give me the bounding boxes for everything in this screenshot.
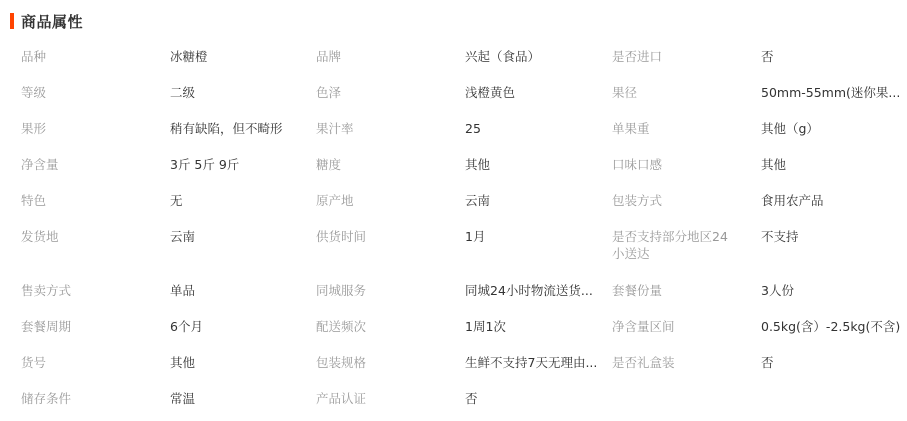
attribute-value: 其他（g）	[761, 110, 907, 146]
attribute-label: 货号	[21, 344, 161, 380]
attribute-label: 套餐份量	[612, 272, 752, 308]
section-title: 商品属性	[21, 11, 83, 32]
attribute-value: 稍有缺陷，但不畸形	[170, 110, 310, 146]
attribute-value: 同城24小时物流送货...	[465, 272, 605, 308]
attribute-label: 品种	[21, 38, 161, 74]
attribute-value: 0.5kg(含）-2.5kg(不含)	[761, 308, 907, 344]
attribute-row: 果形 稍有缺陷，但不畸形 果汁率 25 单果重 其他（g）	[0, 110, 907, 146]
accent-bar	[10, 13, 14, 29]
attribute-value: 25	[465, 110, 605, 146]
attribute-label: 产品认证	[316, 380, 456, 416]
attribute-value: 浅橙黄色	[465, 74, 605, 110]
attribute-value: 常温	[170, 380, 310, 416]
attribute-label: 净含量区间	[612, 308, 752, 344]
attribute-label: 色泽	[316, 74, 456, 110]
attribute-label: 果径	[612, 74, 752, 110]
attribute-label: 是否礼盒装	[612, 344, 752, 380]
attribute-value: 单品	[170, 272, 310, 308]
attribute-label: 套餐周期	[21, 308, 161, 344]
attribute-row: 售卖方式 单品 同城服务 同城24小时物流送货... 套餐份量 3人份	[0, 272, 907, 308]
attribute-value: 否	[761, 344, 907, 380]
attribute-label: 包装方式	[612, 182, 752, 218]
attribute-row: 品种 冰糖橙 品牌 兴起（食品） 是否进口 否	[0, 38, 907, 74]
attribute-value: 其他	[465, 146, 605, 182]
attribute-value: 其他	[170, 344, 310, 380]
attribute-value: 1月	[465, 218, 605, 254]
attribute-label: 配送频次	[316, 308, 456, 344]
attribute-value: 冰糖橙	[170, 38, 310, 74]
attribute-value: 6个月	[170, 308, 310, 344]
attribute-label: 品牌	[316, 38, 456, 74]
attribute-value: 否	[465, 380, 605, 416]
attribute-label: 果形	[21, 110, 161, 146]
attribute-label: 售卖方式	[21, 272, 161, 308]
attribute-value: 50mm-55mm(迷你果...	[761, 74, 907, 110]
attribute-row: 储存条件 常温 产品认证 否	[0, 380, 907, 416]
attribute-label: 特色	[21, 182, 161, 218]
attribute-row: 货号 其他 包装规格 生鲜不支持7天无理由... 是否礼盒装 否	[0, 344, 907, 380]
attribute-value: 否	[761, 38, 907, 74]
attribute-value: 生鲜不支持7天无理由...	[465, 344, 605, 380]
attribute-label: 原产地	[316, 182, 456, 218]
attribute-label: 果汁率	[316, 110, 456, 146]
attribute-row: 等级 二级 色泽 浅橙黄色 果径 50mm-55mm(迷你果...	[0, 74, 907, 110]
section-header: 商品属性	[10, 11, 83, 31]
attribute-label: 是否进口	[612, 38, 752, 74]
attribute-value: 食用农产品	[761, 182, 907, 218]
attribute-value: 1周1次	[465, 308, 605, 344]
attribute-label: 供货时间	[316, 218, 456, 254]
attribute-value: 云南	[465, 182, 605, 218]
attribute-label: 发货地	[21, 218, 161, 254]
attribute-label: 同城服务	[316, 272, 456, 308]
attribute-value: 3人份	[761, 272, 907, 308]
attribute-label: 口味口感	[612, 146, 752, 182]
attribute-label: 净含量	[21, 146, 161, 182]
attribute-label: 储存条件	[21, 380, 161, 416]
attribute-label: 单果重	[612, 110, 752, 146]
attribute-value: 无	[170, 182, 310, 218]
attribute-value: 兴起（食品）	[465, 38, 605, 74]
attribute-label: 糖度	[316, 146, 456, 182]
attribute-row: 套餐周期 6个月 配送频次 1周1次 净含量区间 0.5kg(含）-2.5kg(…	[0, 308, 907, 344]
attribute-label: 包装规格	[316, 344, 456, 380]
attribute-row: 特色 无 原产地 云南 包装方式 食用农产品	[0, 182, 907, 218]
attribute-value: 二级	[170, 74, 310, 110]
attributes-grid: 品种 冰糖橙 品牌 兴起（食品） 是否进口 否 等级 二级 色泽 浅橙黄色 果径…	[0, 38, 907, 416]
attribute-value: 3斤 5斤 9斤	[170, 146, 310, 182]
attribute-label: 等级	[21, 74, 161, 110]
attribute-row: 发货地 云南 供货时间 1月 是否支持部分地区24小送达 不支持	[0, 218, 907, 272]
attribute-value: 云南	[170, 218, 310, 254]
attribute-row: 净含量 3斤 5斤 9斤 糖度 其他 口味口感 其他	[0, 146, 907, 182]
attribute-value: 其他	[761, 146, 907, 182]
attribute-label: 是否支持部分地区24小送达	[612, 218, 740, 271]
attribute-value: 不支持	[761, 218, 907, 254]
